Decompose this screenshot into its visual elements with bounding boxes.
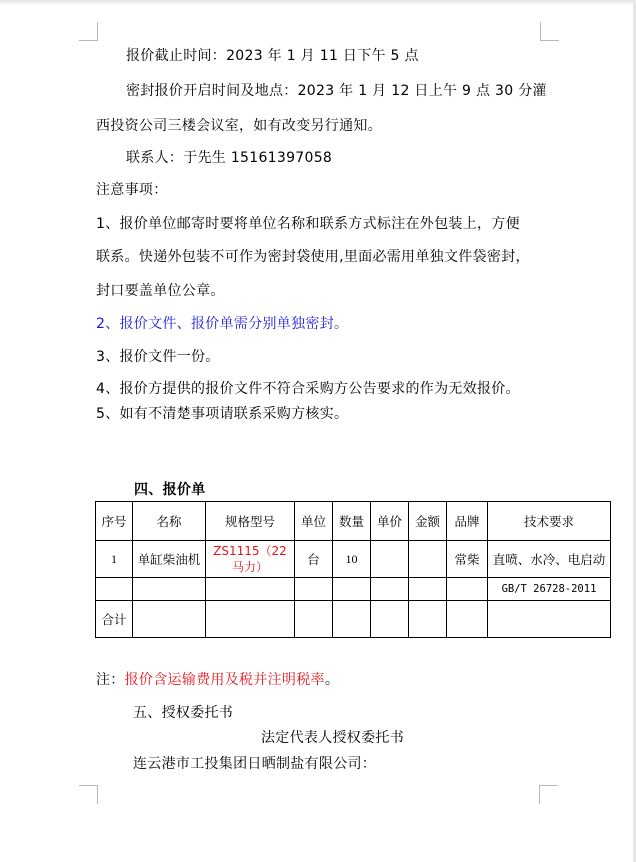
table-row: 1 单缸柴油机 ZS1115（22 马力） 台 10 常柴 直喷、水冷、电启动 xyxy=(96,541,611,578)
margin-corner-mark xyxy=(539,785,558,804)
addressee: 连云港市工投集团日晒制盐有限公司： xyxy=(133,755,376,773)
cell-unit: 台 xyxy=(295,541,333,578)
cell-index xyxy=(96,578,133,601)
opening-paragraph-line2: 西投资公司三楼会议室，如有改变另行通知。 xyxy=(96,117,382,135)
cell-quantity xyxy=(333,578,371,601)
table-row: GB/T 26728-2011 xyxy=(96,578,611,601)
footnote-suffix: 。 xyxy=(325,672,339,688)
note-1-line2: 联系。快递外包装不可作为密封袋使用,里面必需用单独文件袋密封， xyxy=(96,248,530,266)
cell-unit xyxy=(295,578,333,601)
cell-index: 1 xyxy=(96,541,133,578)
margin-corner-mark xyxy=(79,785,98,804)
cell-brand: 常柴 xyxy=(447,541,488,578)
cell-empty xyxy=(133,601,206,638)
cell-name xyxy=(133,578,206,601)
cell-brand xyxy=(447,578,488,601)
note-1-line3: 封口要盖单位公章。 xyxy=(96,282,225,300)
header-cell: 单位 xyxy=(295,502,333,541)
authorization-title: 法定代表人授权委托书 xyxy=(261,729,404,747)
section-4-title: 四、报价单 xyxy=(134,481,206,499)
footnote-text: 报价含运输费用及税并注明税率 xyxy=(125,672,325,688)
cell-tech-req: GB/T 26728-2011 xyxy=(488,578,611,601)
quote-table: 序号 名称 规格型号 单位 数量 单价 金额 品牌 技术要求 1 单缸柴油机 Z… xyxy=(95,501,611,638)
header-cell: 序号 xyxy=(96,502,133,541)
cell-empty xyxy=(488,601,611,638)
footnote: 注：报价含运输费用及税并注明税率。 xyxy=(96,671,339,689)
header-cell: 数量 xyxy=(333,502,371,541)
cell-empty xyxy=(206,601,295,638)
cell-tech-req: 直喷、水冷、电启动 xyxy=(488,541,611,578)
note-2: 2、报价文件、报价单需分别单独密封。 xyxy=(96,315,348,333)
table-total-row: 合计 xyxy=(96,601,611,638)
note-5: 5、如有不清楚事项请联系采购方核实。 xyxy=(96,405,348,423)
margin-corner-mark xyxy=(540,22,559,41)
cell-amount xyxy=(409,578,447,601)
cell-empty xyxy=(295,601,333,638)
notes-heading: 注意事项： xyxy=(96,181,168,199)
cell-total-label: 合计 xyxy=(96,601,133,638)
cell-amount xyxy=(409,541,447,578)
table-header-row: 序号 名称 规格型号 单位 数量 单价 金额 品牌 技术要求 xyxy=(96,502,611,541)
note-3: 3、报价文件一份。 xyxy=(96,348,220,366)
cell-quantity: 10 xyxy=(333,541,371,578)
cell-empty xyxy=(333,601,371,638)
cell-empty xyxy=(447,601,488,638)
footnote-prefix: 注： xyxy=(96,672,125,688)
note-1-line1: 1、报价单位邮寄时要将单位名称和联系方式标注在外包装上，方便 xyxy=(96,215,520,233)
header-cell: 技术要求 xyxy=(488,502,611,541)
cell-unit-price xyxy=(371,541,409,578)
cell-unit-price xyxy=(371,578,409,601)
cell-spec: ZS1115（22 马力） xyxy=(206,541,295,578)
page-top-shadow xyxy=(0,0,636,4)
contact-paragraph: 联系人：于先生 15161397058 xyxy=(126,149,332,167)
section-5-title: 五、授权委托书 xyxy=(133,704,233,722)
header-cell: 金额 xyxy=(409,502,447,541)
cell-empty xyxy=(409,601,447,638)
header-cell: 单价 xyxy=(371,502,409,541)
header-cell: 品牌 xyxy=(447,502,488,541)
opening-paragraph-line1: 密封报价开启时间及地点：2023 年 1 月 12 日上午 9 点 30 分灌 xyxy=(126,82,547,100)
header-cell: 名称 xyxy=(133,502,206,541)
margin-corner-mark xyxy=(79,22,98,41)
cell-empty xyxy=(371,601,409,638)
note-4: 4、报价方提供的报价文件不符合采购方公告要求的作为无效报价。 xyxy=(96,380,520,398)
header-cell: 规格型号 xyxy=(206,502,295,541)
cell-name: 单缸柴油机 xyxy=(133,541,206,578)
deadline-paragraph: 报价截止时间：2023 年 1 月 11 日下午 5 点 xyxy=(126,47,419,65)
cell-spec xyxy=(206,578,295,601)
